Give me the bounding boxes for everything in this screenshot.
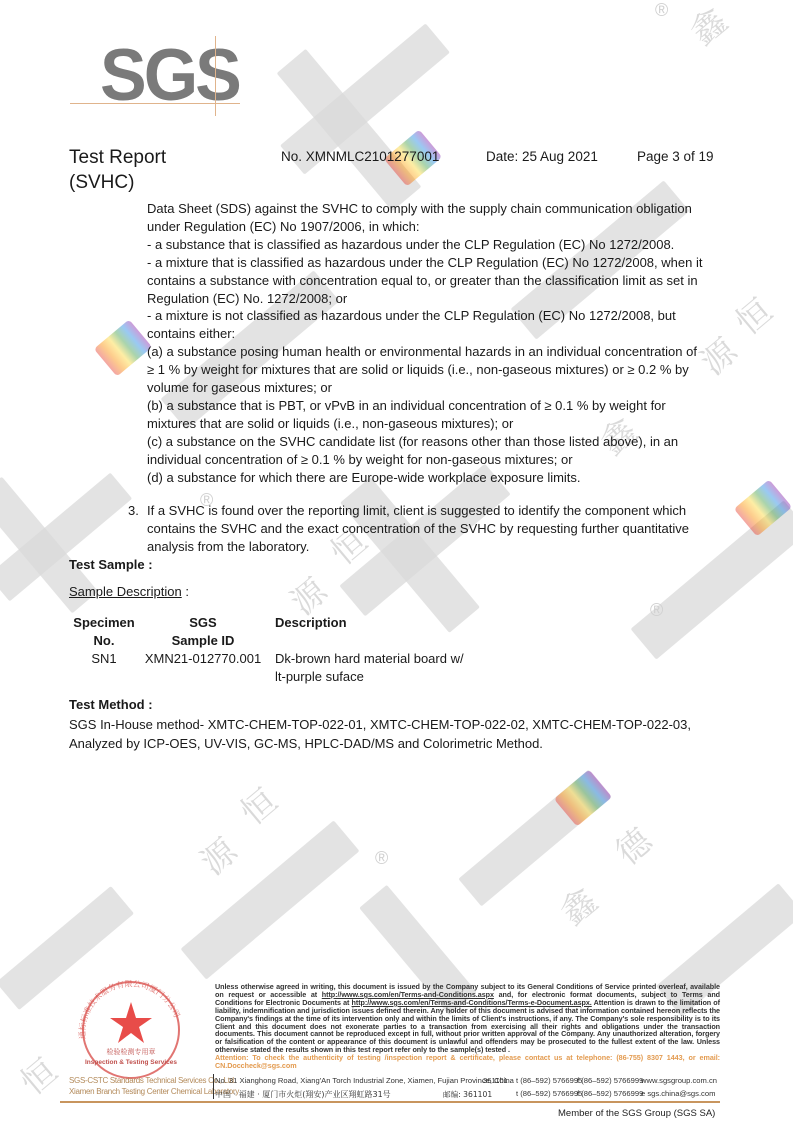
footer-rule	[60, 1101, 720, 1103]
address-en: No. 31 Xianghong Road, Xiang'An Torch In…	[215, 1076, 514, 1085]
report-page: SGS Test Report (SVHC) No. XMNMLC2101277…	[0, 0, 793, 1121]
email-link[interactable]: e sgs.china@sgs.com	[641, 1089, 715, 1098]
paragraph: (c) a substance on the SVHC candidate li…	[147, 433, 707, 469]
report-title: Test Report (SVHC)	[69, 145, 166, 195]
postcode-en: 361101	[483, 1076, 508, 1085]
note-number: 3.	[128, 502, 139, 520]
disclaimer-text: Attention is drawn to the limitation of …	[215, 998, 720, 1054]
header-specimen: Specimen	[71, 614, 137, 632]
sample-description-label: Sample Description :	[69, 584, 189, 599]
note-item-3: 3. If a SVHC is found over the reporting…	[128, 502, 708, 556]
address-divider	[213, 1074, 214, 1099]
note-text: If a SVHC is found over the reporting li…	[147, 502, 708, 556]
cell-sample-id: XMN21-012770.001	[141, 650, 265, 668]
header-description-line2	[275, 632, 515, 650]
svg-text:检验检测专用章: 检验检测专用章	[107, 1047, 156, 1056]
paragraph: - a mixture is not classified as hazardo…	[147, 307, 707, 343]
svg-text:Inspection & Testing Services: Inspection & Testing Services	[85, 1059, 177, 1066]
inspection-seal-icon: 通标标准技术服务有限公司厦门分公司 检验检测专用章 Inspection & T…	[66, 972, 196, 1080]
fax-cn: f (86–592) 5766999	[577, 1089, 643, 1098]
postcode-cn: 邮编: 361101	[443, 1089, 492, 1100]
test-sample-heading: Test Sample :	[69, 557, 153, 572]
svhc-obligation-text: Data Sheet (SDS) against the SVHC to com…	[147, 200, 707, 487]
telephone-en: t (86–592) 5766995	[516, 1076, 582, 1085]
test-method-text: SGS In-House method- XMTC-CHEM-TOP-022-0…	[69, 715, 709, 753]
website-link[interactable]: www.sgsgroup.com.cn	[641, 1076, 717, 1085]
sgs-group-member-note: Member of the SGS Group (SGS SA)	[558, 1108, 715, 1119]
report-title-line2: (SVHC)	[69, 170, 166, 195]
paragraph: - a mixture that is classified as hazard…	[147, 254, 707, 308]
header-sample-id: Sample ID	[141, 632, 265, 650]
paragraph: Data Sheet (SDS) against the SVHC to com…	[147, 200, 707, 236]
column-description: Description Dk-brown hard material board…	[275, 614, 515, 686]
sample-description-colon: :	[182, 584, 189, 599]
column-sample-id: SGS Sample ID XMN21-012770.001	[141, 614, 265, 668]
paragraph: - a substance that is classified as haza…	[147, 236, 707, 254]
telephone-cn: t (86–592) 5766995	[516, 1089, 582, 1098]
test-method-line2: Analyzed by ICP-OES, UV-VIS, GC-MS, HPLC…	[69, 734, 709, 753]
sgs-logo: SGS	[100, 38, 239, 112]
cell-description-line1: Dk-brown hard material board w/	[275, 650, 515, 668]
paragraph: (b) a substance that is PBT, or vPvB in …	[147, 397, 707, 433]
legal-disclaimer: Unless otherwise agreed in writing, this…	[215, 983, 720, 1070]
paragraph: (d) a substance for which there are Euro…	[147, 469, 707, 487]
authenticity-notice: Attention: To check the authenticity of …	[215, 1054, 720, 1070]
sample-description-text: Sample Description	[69, 584, 182, 599]
column-specimen: Specimen No. SN1	[71, 614, 137, 668]
test-method-line1: SGS In-House method- XMTC-CHEM-TOP-022-0…	[69, 715, 709, 734]
report-number: No. XMNMLC2101277001	[281, 149, 439, 164]
page-indicator: Page 3 of 19	[637, 149, 714, 164]
test-method-heading: Test Method :	[69, 697, 153, 712]
header-sgs: SGS	[141, 614, 265, 632]
header-description: Description	[275, 614, 515, 632]
cell-specimen: SN1	[71, 650, 137, 668]
report-date: Date: 25 Aug 2021	[486, 149, 598, 164]
header-specimen-no: No.	[71, 632, 137, 650]
paragraph: (a) a substance posing human health or e…	[147, 343, 707, 397]
address-cn: 中国 · 福建 · 厦门市火炬(翔安)产业区翔虹路31号	[215, 1089, 391, 1100]
fax-en: f (86–592) 5766999	[577, 1076, 643, 1085]
cell-description-line2: lt-purple suface	[275, 668, 515, 686]
logo-rule-vertical	[215, 36, 216, 116]
report-title-line1: Test Report	[69, 145, 166, 170]
seal-company-label: SGS-CSTC Standards Technical Services Co…	[69, 1076, 236, 1085]
